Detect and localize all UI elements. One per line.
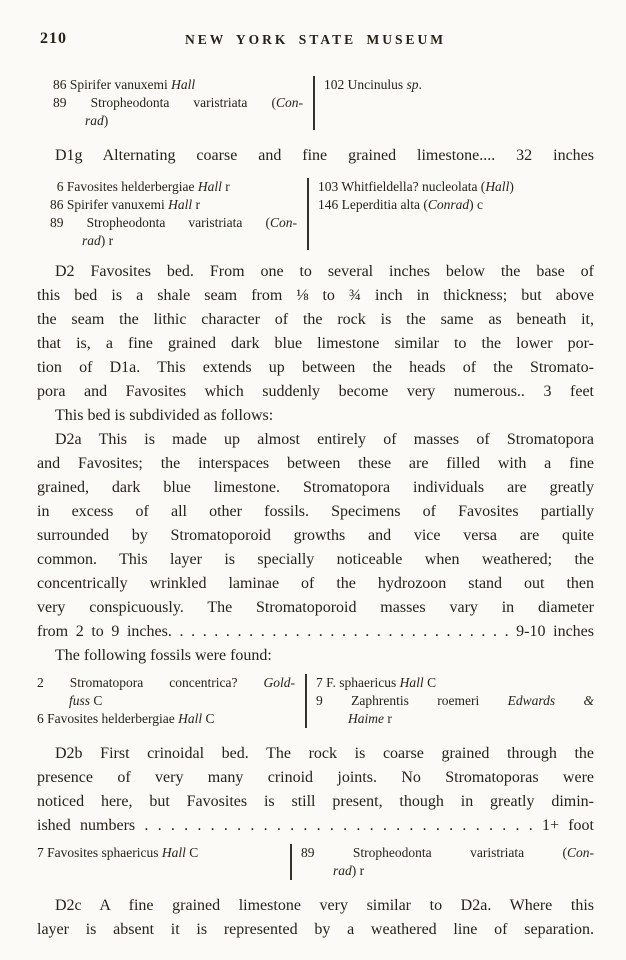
scanned-book-page: 210 NEW YORK STATE MUSEUM 86 Spirifer va…: [0, 0, 626, 960]
text-line: surrounded by Stromatoporoid growths and…: [37, 524, 594, 548]
paragraph-subdivided: This bed is subdivided as follows:: [37, 404, 594, 428]
text-line: fuss C: [37, 692, 295, 710]
text-line: tion of D1a. This extends up between the…: [37, 356, 594, 380]
text-line: common. This layer is specially noticeab…: [37, 548, 594, 572]
text-line: 7 Favosites sphaericus Hall C: [37, 844, 280, 862]
fossil-list-1-left-column: 86 Spirifer vanuxemi Hall89 Stropheodont…: [37, 76, 313, 130]
paragraph-d1g-measure: D1g Alternating coarse and fine grained …: [37, 144, 594, 168]
text-line: ished numbers . . . . . . . . . . . . . …: [37, 814, 594, 838]
text-line: the seam the lithic character of the roc…: [37, 308, 594, 332]
running-head: 210 NEW YORK STATE MUSEUM: [37, 30, 594, 50]
text-line: in excess of all other fossils. Specimen…: [37, 500, 594, 524]
text-line: pora and Favosites which suddenly become…: [37, 380, 594, 404]
fossil-list-3: 2 Stromatopora concentrica? Gold-fuss C6…: [37, 674, 594, 728]
text-line: 103 Whitfieldella? nucleolata (Hall): [318, 178, 594, 196]
text-line: 6 Favosites helderbergiae Hall C: [37, 710, 295, 728]
text-line: 102 Uncinulus sp.: [324, 76, 594, 94]
text-line: D2b First crinoidal bed. The rock is coa…: [37, 742, 594, 766]
text-line: layer is absent it is represented by a w…: [37, 918, 594, 942]
text-line: D2 Favosites bed. From one to several in…: [37, 260, 594, 284]
text-line: Haime r: [316, 710, 594, 728]
text-line: rad): [53, 112, 303, 130]
text-line: D2c A fine grained limestone very simila…: [37, 894, 594, 918]
text-line: 7 F. sphaericus Hall C: [316, 674, 594, 692]
text-line: 146 Leperditia alta (Conrad) c: [318, 196, 594, 214]
fossil-list-4: 7 Favosites sphaericus Hall C 89 Strophe…: [37, 844, 594, 880]
text-line: 89 Stropheodonta varistriata (Con-: [301, 844, 594, 862]
text-line: 9 Zaphrentis roemeri Edwards &: [316, 692, 594, 710]
page-title: NEW YORK STATE MUSEUM: [37, 32, 594, 48]
text-line: This bed is subdivided as follows:: [37, 404, 594, 428]
text-line: D1g Alternating coarse and fine grained …: [37, 144, 594, 168]
text-line: from 2 to 9 inches. . . . . . . . . . . …: [37, 620, 594, 644]
paragraph-d2: D2 Favosites bed. From one to several in…: [37, 260, 594, 404]
paragraph-following-fossils: The following fossils were found:: [37, 644, 594, 668]
fossil-list-2-left-column: 6 Favosites helderbergiae Hall r86 Spiri…: [37, 178, 307, 250]
paragraph-d2b: D2b First crinoidal bed. The rock is coa…: [37, 742, 594, 838]
paragraph-d2c: D2c A fine grained limestone very simila…: [37, 894, 594, 942]
fossil-list-1: 86 Spirifer vanuxemi Hall89 Stropheodont…: [37, 76, 594, 130]
paragraph-d2a: D2a This is made up almost entirely of m…: [37, 428, 594, 644]
fossil-list-4-left-column: 7 Favosites sphaericus Hall C: [37, 844, 290, 880]
text-line: 89 Stropheodonta varistriata (Con-: [53, 94, 303, 112]
text-line: concentrically wrinkled laminae of the h…: [37, 572, 594, 596]
text-line: D2a This is made up almost entirely of m…: [37, 428, 594, 452]
text-line: 89 Stropheodonta varistriata (Con-: [50, 214, 297, 232]
fossil-list-4-right-column: 89 Stropheodonta varistriata (Con-rad) r: [292, 844, 594, 880]
text-line: The following fossils were found:: [37, 644, 594, 668]
fossil-list-2: 6 Favosites helderbergiae Hall r86 Spiri…: [37, 178, 594, 250]
text-line: this bed is a shale seam from ⅛ to ¾ inc…: [37, 284, 594, 308]
fossil-list-3-left-column: 2 Stromatopora concentrica? Gold-fuss C6…: [37, 674, 305, 728]
text-line: 2 Stromatopora concentrica? Gold-: [37, 674, 295, 692]
text-line: 6 Favosites helderbergiae Hall r: [50, 178, 297, 196]
fossil-list-1-right-column: 102 Uncinulus sp.: [315, 76, 594, 130]
text-line: rad) r: [50, 232, 297, 250]
fossil-list-2-right-column: 103 Whitfieldella? nucleolata (Hall)146 …: [309, 178, 594, 250]
text-line: 86 Spirifer vanuxemi Hall r: [50, 196, 297, 214]
text-line: presence of very many crinoid joints. No…: [37, 766, 594, 790]
text-line: that is, a fine grained dark blue limest…: [37, 332, 594, 356]
text-line: and Favosites; the interspaces between t…: [37, 452, 594, 476]
text-line: very conspicuously. The Stromatoporoid m…: [37, 596, 594, 620]
text-line: noticed here, but Favosites is still pre…: [37, 790, 594, 814]
text-line: rad) r: [301, 862, 594, 880]
text-line: grained, dark blue limestone. Stromatopo…: [37, 476, 594, 500]
text-line: 86 Spirifer vanuxemi Hall: [53, 76, 303, 94]
fossil-list-3-right-column: 7 F. sphaericus Hall C9 Zaphrentis roeme…: [307, 674, 594, 728]
